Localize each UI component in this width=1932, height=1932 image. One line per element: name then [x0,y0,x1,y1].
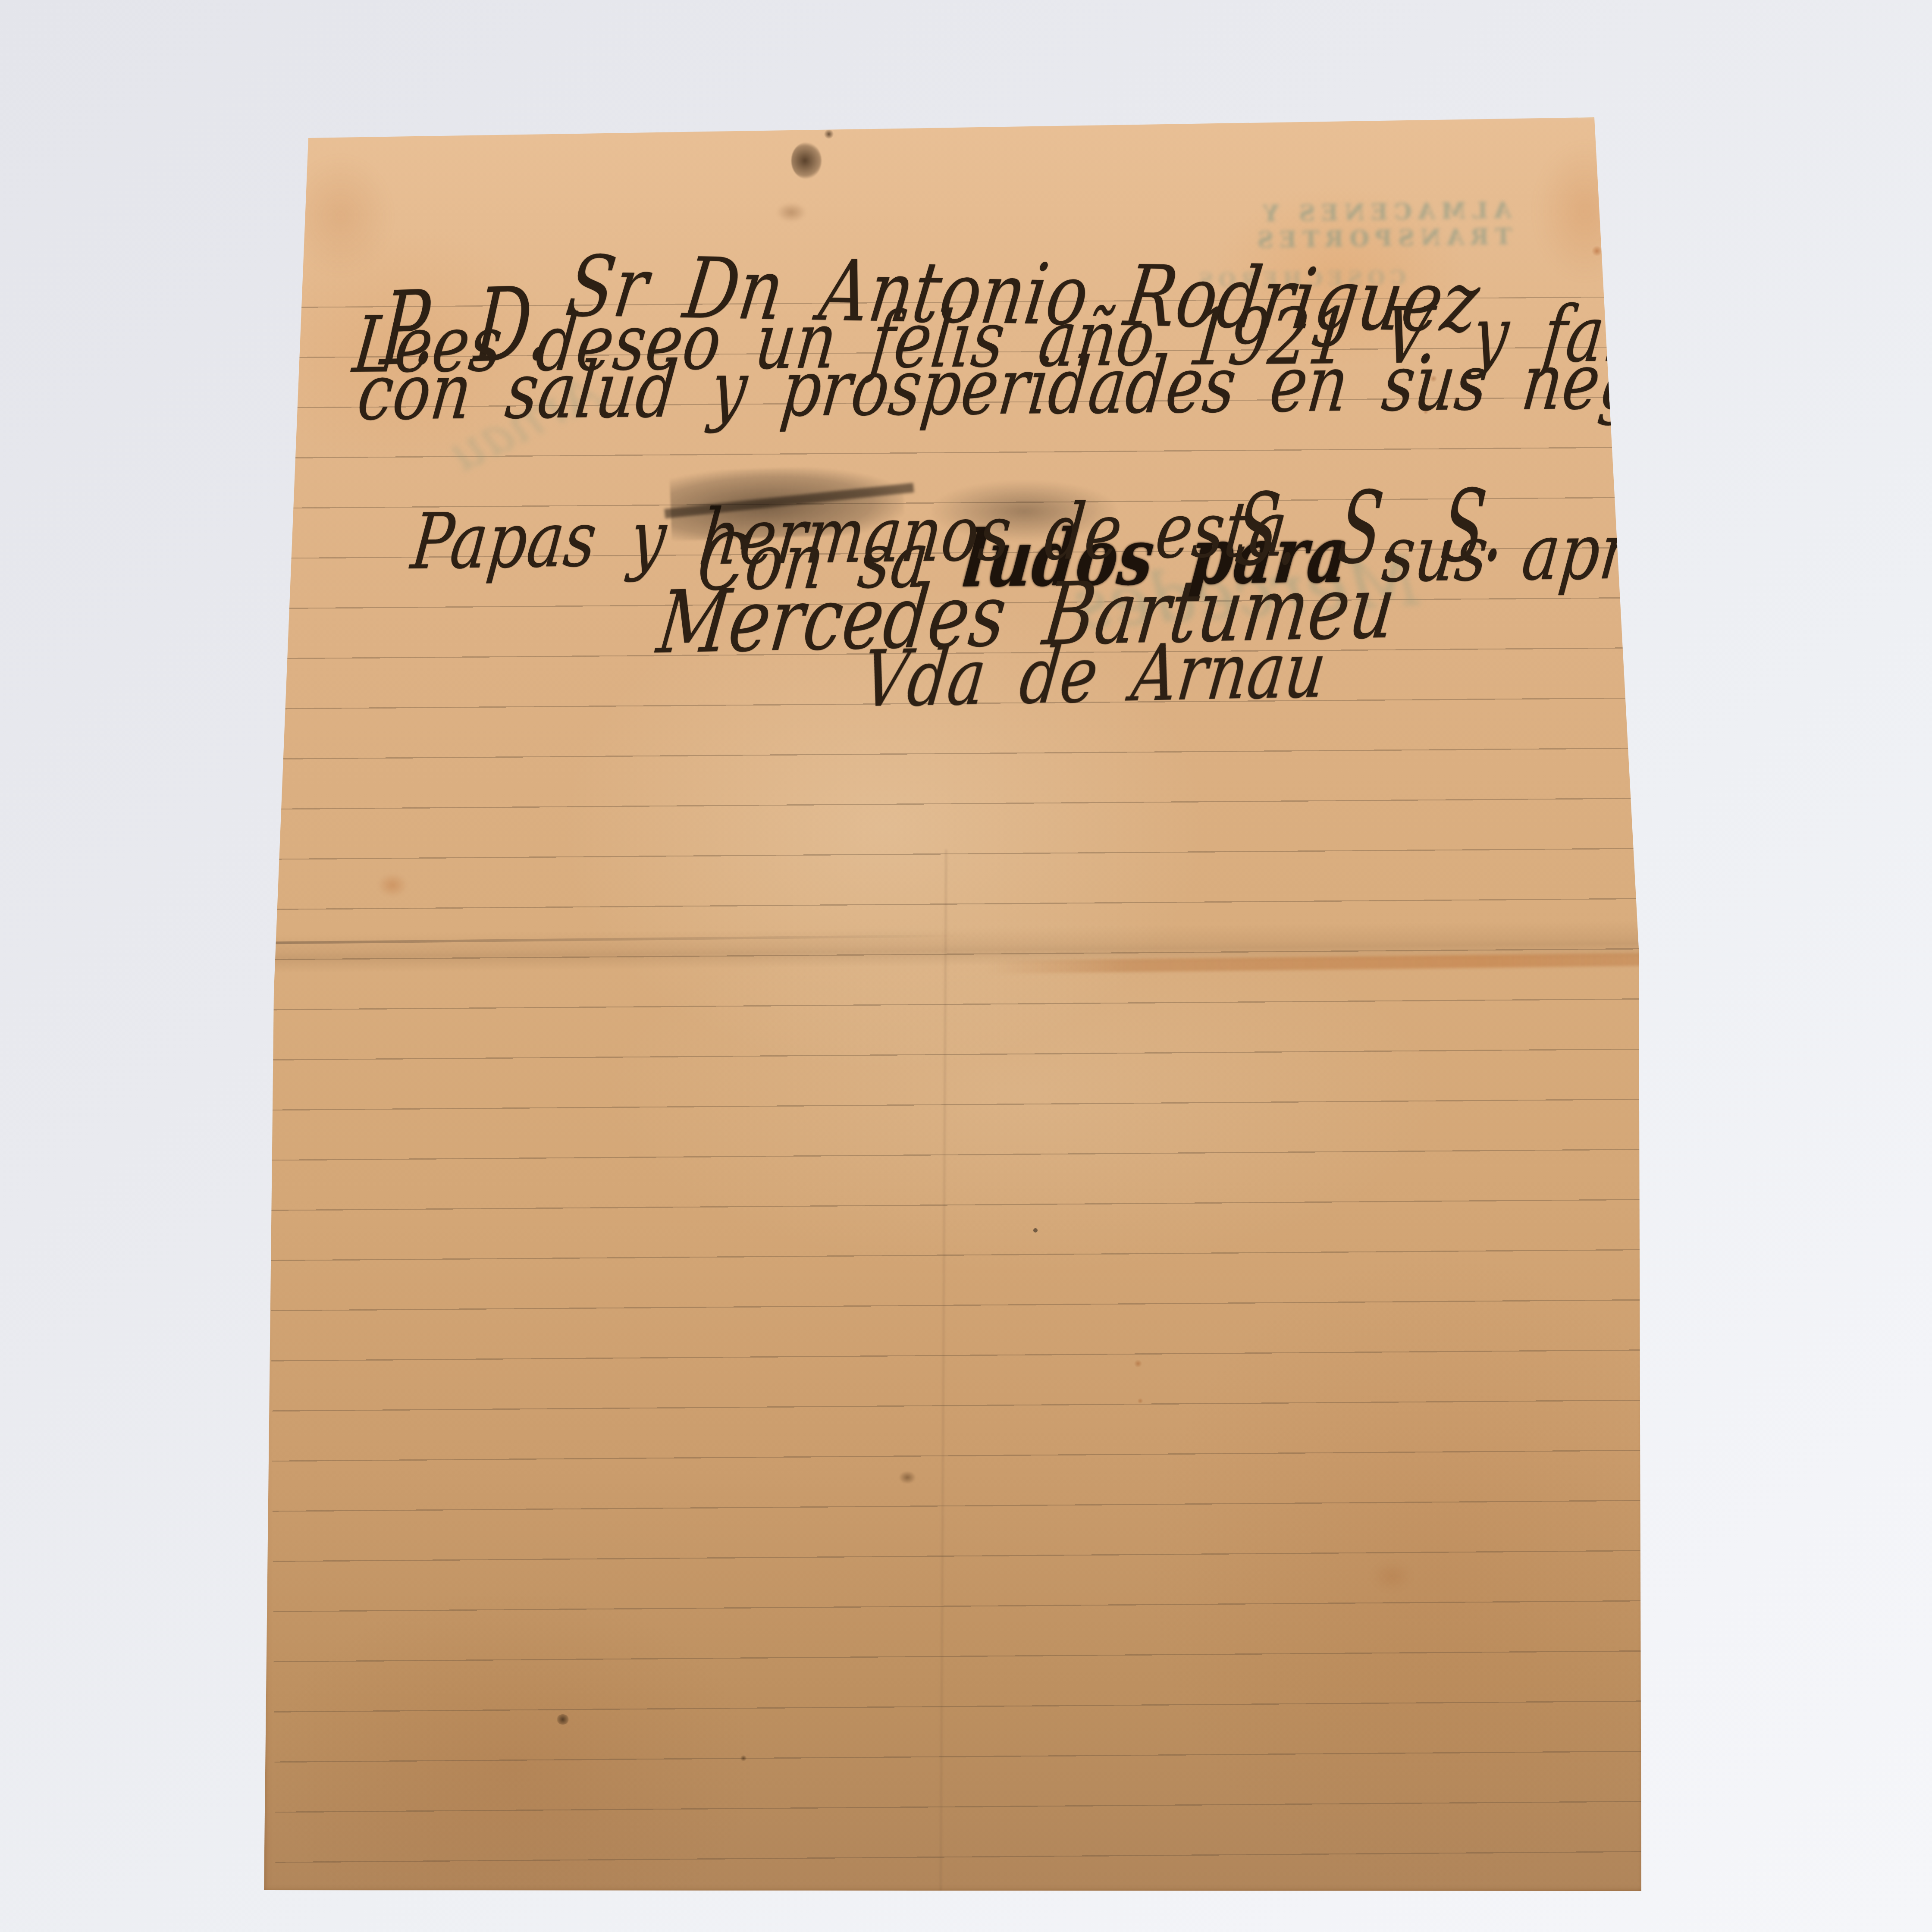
signature-line-2: Vda de Arnau [859,631,1330,718]
right-foxing-patch [1535,142,1634,280]
ink-drop-stain [791,142,822,179]
corner-foxing-patch [289,155,392,276]
letter-paper: ALMACENES Y TRANSPORTES COSECHEROS Merce… [263,116,1643,1893]
brown-smear [776,203,806,222]
rust-dot-right [1591,246,1603,256]
body-line-2: con salud y prosperidades en sus negocio… [354,342,1807,432]
photograph-of-letter: ALMACENES Y TRANSPORTES COSECHEROS Merce… [0,0,1932,1932]
ink-drop-dot [824,129,834,139]
